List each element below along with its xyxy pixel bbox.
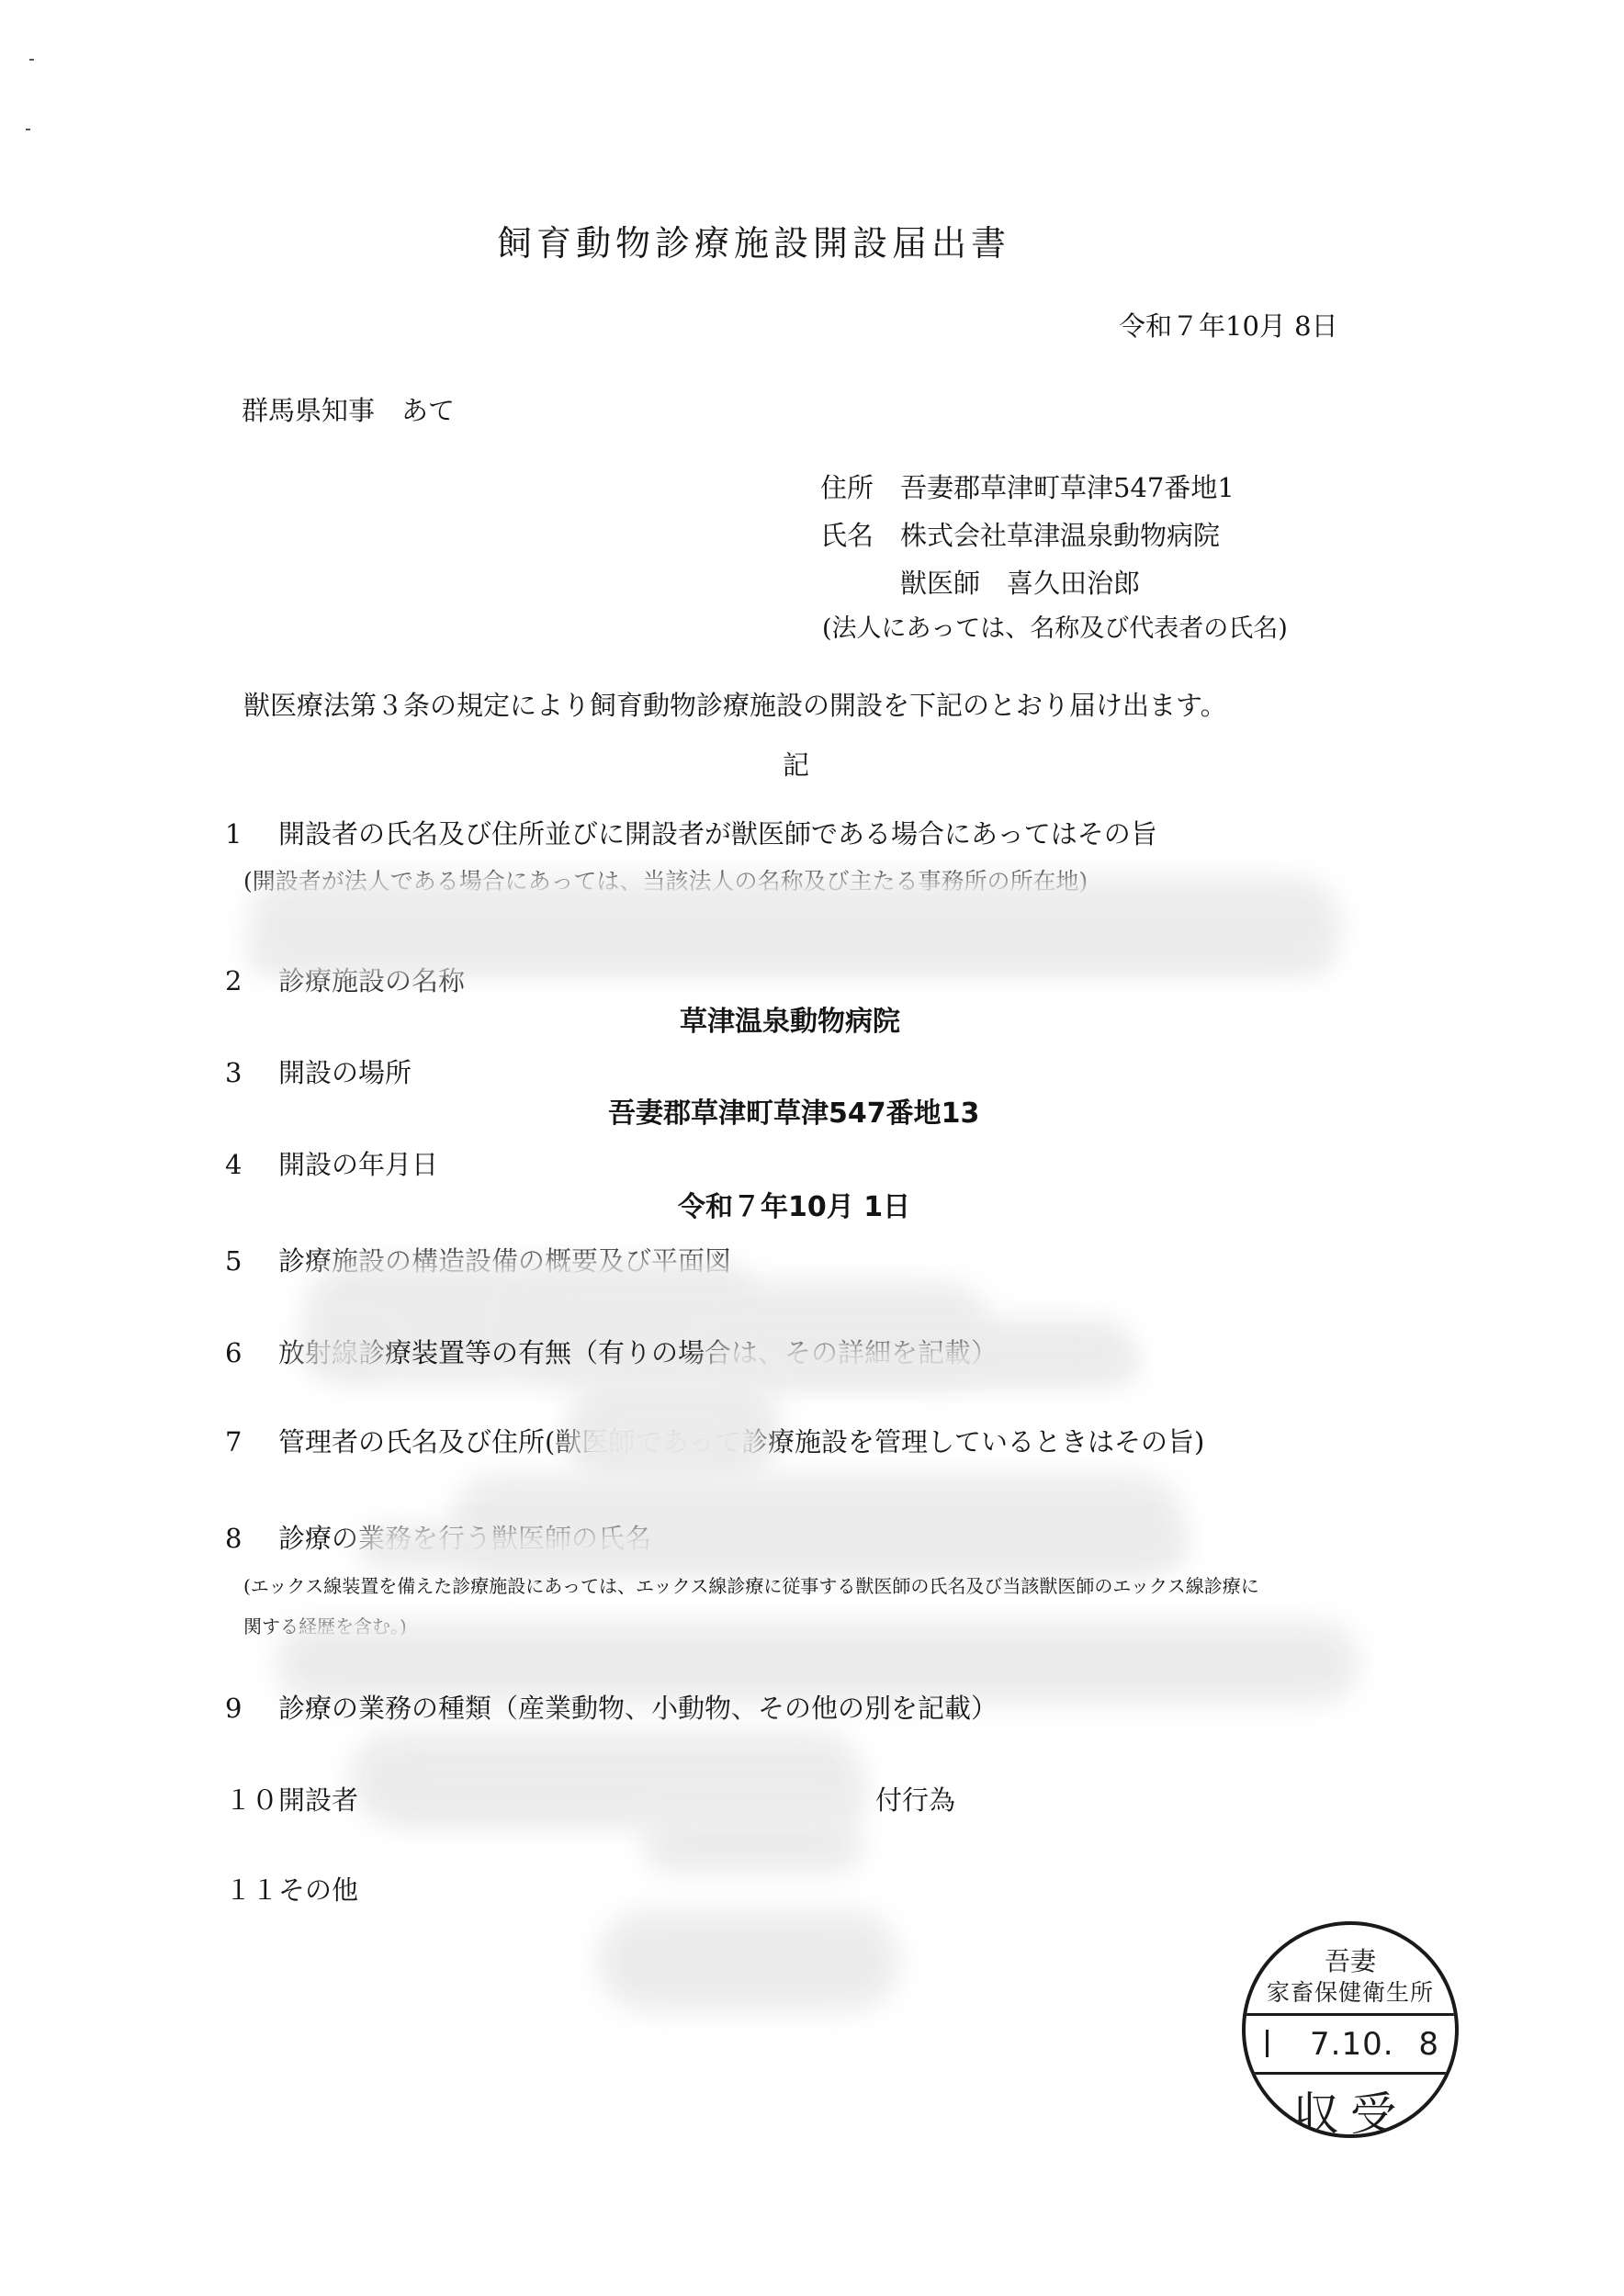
item-label: その他	[278, 1874, 358, 1906]
item-number: 3	[225, 1056, 278, 1089]
item-label: 診療の業務の種類（産業動物、小動物、その他の別を記載）	[278, 1693, 998, 1724]
submission-date: 令和７年10月 8日	[1119, 310, 1338, 343]
applicant-note: (法人にあっては、名称及び代表者の氏名)	[822, 613, 1288, 646]
stamp-date: 7.10.	[1310, 2026, 1394, 2063]
addressee: 群馬県知事 あて	[242, 394, 455, 427]
item-number: 8	[225, 1522, 278, 1555]
item-number: 6	[225, 1336, 278, 1369]
stamp-divider	[1246, 2013, 1455, 2016]
item-number: 9	[225, 1692, 278, 1725]
applicant-address-label: 住所	[820, 471, 874, 504]
item-number: １１	[225, 1874, 278, 1906]
item-label: 開設の場所	[278, 1057, 412, 1088]
item-1: 1開設者の氏名及び住所並びに開設者が獣医師である場合にあってはその旨	[225, 817, 1157, 850]
applicant-name-value: 株式会社草津温泉動物病院	[900, 519, 1220, 552]
item-number: 5	[225, 1244, 278, 1277]
item-3: 3開設の場所	[225, 1056, 412, 1089]
redacted-region	[570, 1410, 767, 1474]
stamp-region: 吾妻	[1246, 1941, 1455, 1978]
applicant-representative: 獣医師 喜久田治郎	[900, 567, 1140, 600]
item-9: 9診療の業務の種類（産業動物、小動物、その他の別を記載）	[225, 1692, 998, 1725]
item-number: 7	[225, 1425, 278, 1458]
receipt-stamp: 吾妻 家畜保健衛生所 7.10. 8 収受	[1242, 1921, 1459, 2138]
item-number: 4	[225, 1148, 278, 1181]
item-10: １０開設者	[225, 1784, 358, 1817]
ki-heading: 記	[783, 748, 809, 782]
scan-speck	[29, 59, 34, 61]
redacted-region	[707, 1343, 1139, 1383]
redacted-region	[597, 1910, 900, 2011]
stamp-office: 家畜保健衛生所	[1246, 1975, 1455, 2008]
document-title: 飼育動物診療施設開設届出書	[497, 222, 1010, 264]
redacted-region	[248, 937, 1332, 974]
item-8-subnote-1: (エックス線装置を備えた診療施設にあっては、エックス線診療に従事する獣医師の氏名…	[243, 1573, 1259, 1599]
item-11: １１その他	[225, 1874, 358, 1907]
redacted-region	[358, 1525, 1185, 1570]
item-4: 4開設の年月日	[225, 1148, 438, 1181]
item-number: 1	[225, 817, 278, 850]
redacted-region	[303, 1334, 386, 1374]
item-4-value: 令和７年10月 1日	[678, 1191, 910, 1224]
applicant-name-label: 氏名	[820, 519, 874, 552]
item-label: 開設者の氏名及び住所並びに開設者が獣医師である場合にあってはその旨	[278, 818, 1157, 850]
item-10-label-end: 付行為	[875, 1784, 955, 1817]
redacted-region	[643, 1814, 863, 1874]
item-label: 開設の年月日	[278, 1149, 438, 1180]
item-2-value: 草津温泉動物病院	[680, 1006, 900, 1039]
scan-speck	[26, 129, 30, 130]
stamp-divider	[1246, 2072, 1455, 2075]
item-3-value: 吾妻郡草津町草津547番地13	[608, 1097, 979, 1131]
body-text: 獣医療法第３条の規定により飼育動物診療施設の開設を下記のとおり届け出ます。	[243, 689, 1227, 722]
item-label-start: 開設者	[278, 1784, 358, 1816]
applicant-address-value: 吾妻郡草津町草津547番地1	[900, 471, 1235, 504]
item-number: １０	[225, 1784, 278, 1816]
stamp-day: 8	[1418, 2026, 1438, 2063]
stamp-era-mark	[1266, 2030, 1269, 2057]
stamp-received: 収受	[1246, 2077, 1455, 2138]
